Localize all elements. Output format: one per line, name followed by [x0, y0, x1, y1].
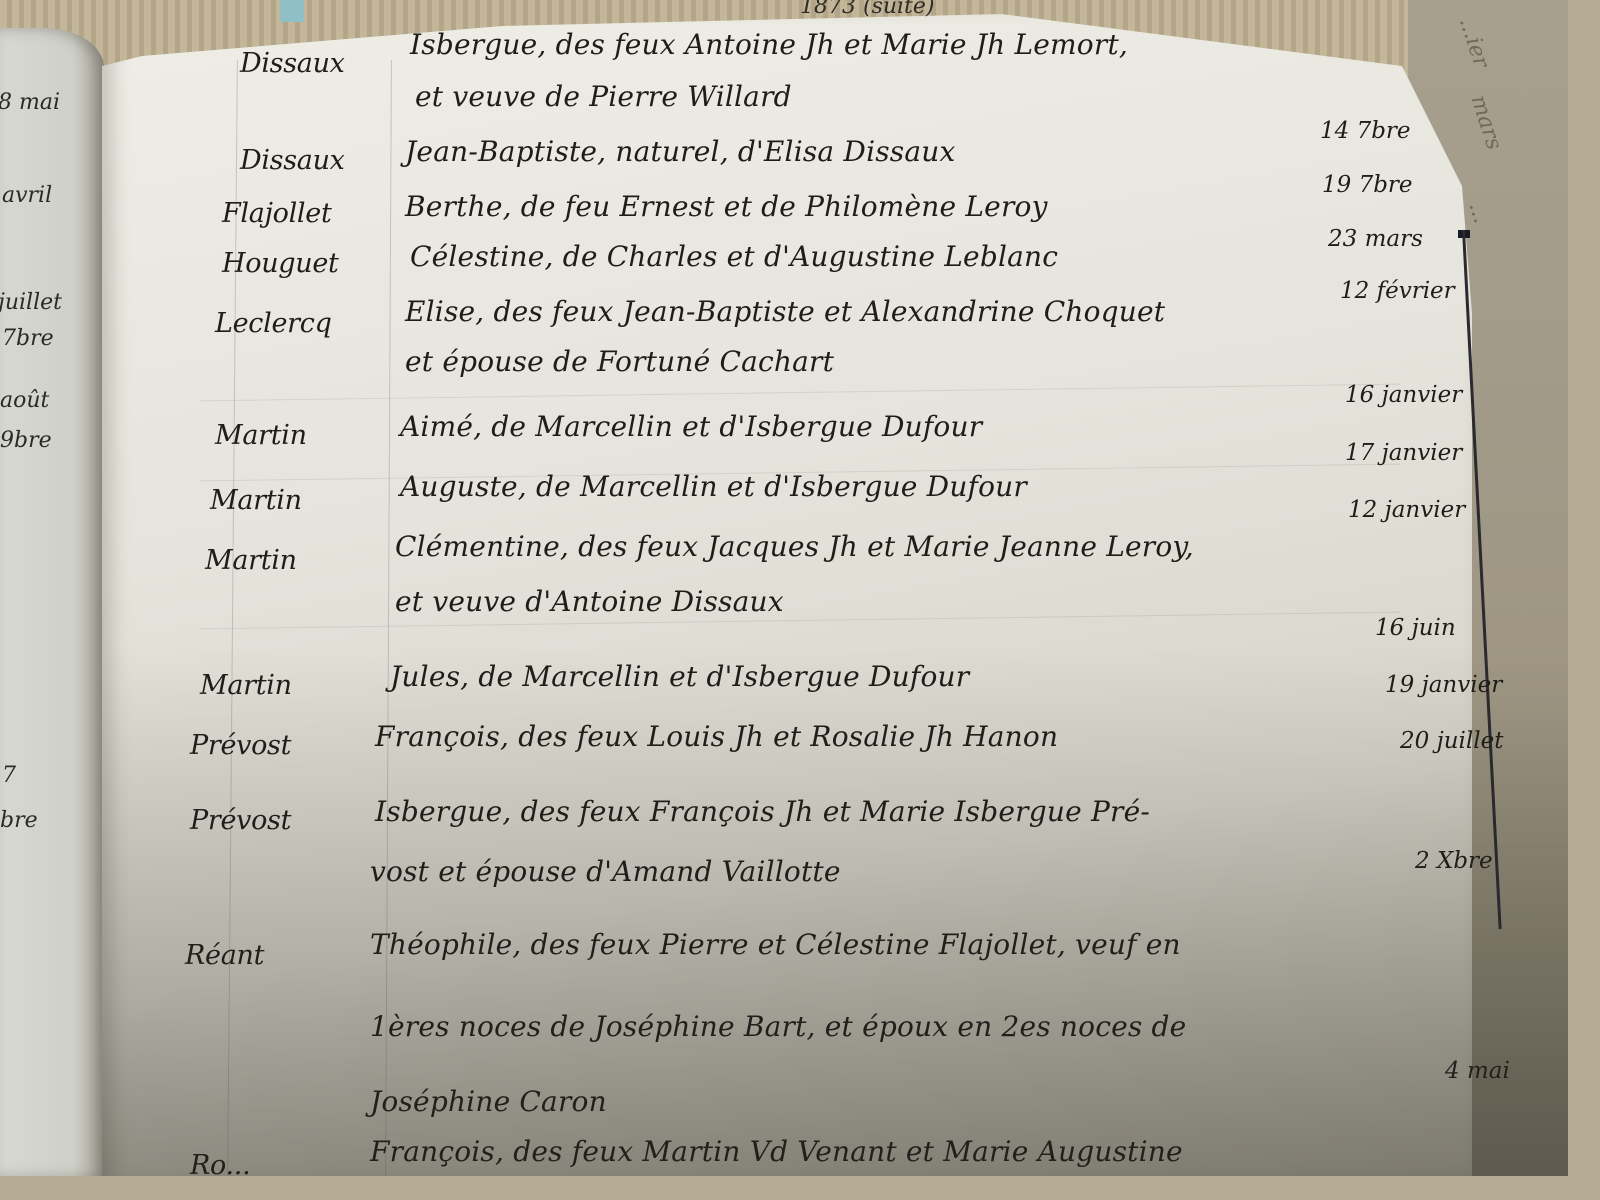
entry-date: 20 juillet [1400, 728, 1503, 754]
left-margin-date: bre [0, 808, 38, 833]
entry-text-line: Théophile, des feux Pierre et Célestine … [370, 928, 1181, 961]
entry-surname: Martin [205, 545, 297, 576]
entry-surname: Prévost [190, 805, 291, 836]
left-margin-date: 7 [2, 763, 16, 788]
entry-text-line: Auguste, de Marcellin et d'Isbergue Dufo… [400, 470, 1027, 503]
right-edge-note: ... [1463, 199, 1493, 227]
left-margin-date: juillet [0, 290, 62, 315]
entry-date: 12 janvier [1348, 497, 1465, 523]
entry-date: 19 janvier [1385, 672, 1502, 698]
entry-text-line: Jules, de Marcellin et d'Isbergue Dufour [390, 660, 969, 693]
right-edge-note: ...ier [1454, 14, 1494, 71]
left-margin-date: août [0, 388, 49, 413]
left-margin-date: 9bre [0, 428, 52, 453]
entry-date: 17 janvier [1345, 440, 1462, 466]
entry-surname: Houguet [222, 248, 339, 279]
entry-date: 16 juin [1375, 615, 1456, 641]
continuation-header: 1873 (suite) [800, 0, 935, 19]
entry-text-line: Elise, des feux Jean-Baptiste et Alexand… [405, 295, 1165, 328]
entry-surname: Dissaux [240, 48, 345, 79]
entry-date: 12 février [1340, 278, 1455, 304]
entry-text-line: Célestine, de Charles et d'Augustine Leb… [410, 240, 1058, 273]
entry-surname: Leclercq [215, 308, 332, 339]
entry-date: 23 mars [1328, 226, 1423, 252]
entry-surname: Réant [185, 940, 264, 971]
entry-text-line: et veuve d'Antoine Dissaux [395, 585, 784, 618]
left-facing-page: 8 mai avril juillet 7bre août 9bre 7 bre [0, 28, 104, 1176]
entry-date: 19 7bre [1322, 172, 1413, 198]
entry-text-line: Jean-Baptiste, naturel, d'Elisa Dissaux [405, 135, 956, 168]
entry-text-line: et veuve de Pierre Willard [415, 80, 792, 113]
entry-text-line: Isbergue, des feux Antoine Jh et Marie J… [410, 28, 1128, 61]
entry-date: 14 7bre [1320, 118, 1411, 144]
right-edge-note: mars [1465, 92, 1506, 153]
left-margin-date: avril [2, 183, 52, 208]
left-margin-date: 7bre [2, 326, 54, 351]
entry-text-line: vost et épouse d'Amand Vaillotte [370, 855, 841, 888]
entry-text-line: Clémentine, des feux Jacques Jh et Marie… [395, 530, 1194, 563]
entry-surname: Flajollet [222, 198, 332, 229]
entry-surname: Martin [210, 485, 302, 516]
entry-date: 4 mai [1445, 1058, 1510, 1084]
entry-text-line: François, des feux Martin Vd Venant et M… [370, 1135, 1183, 1168]
left-margin-date: 8 mai [0, 90, 60, 115]
entry-date: 16 janvier [1345, 382, 1462, 408]
entry-surname: Martin [200, 670, 292, 701]
entry-surname: Prévost [190, 730, 291, 761]
entry-text-line: Joséphine Caron [370, 1085, 607, 1118]
teal-paper-strip [280, 0, 304, 22]
entry-text-line: Aimé, de Marcellin et d'Isbergue Dufour [400, 410, 982, 443]
entry-surname: Dissaux [240, 145, 345, 176]
entry-text-line: Berthe, de feu Ernest et de Philomène Le… [405, 190, 1048, 223]
entry-surname: Martin [215, 420, 307, 451]
entry-text-line: et épouse de Fortuné Cachart [405, 345, 834, 378]
register-page [102, 6, 1472, 1176]
entry-text-line: François, des feux Louis Jh et Rosalie J… [375, 720, 1058, 753]
entry-surname: Ro... [190, 1150, 250, 1176]
entry-text-line: 1ères noces de Joséphine Bart, et époux … [370, 1010, 1186, 1043]
entry-text-line: Isbergue, des feux François Jh et Marie … [375, 795, 1150, 828]
entry-date: 2 Xbre [1415, 848, 1493, 874]
